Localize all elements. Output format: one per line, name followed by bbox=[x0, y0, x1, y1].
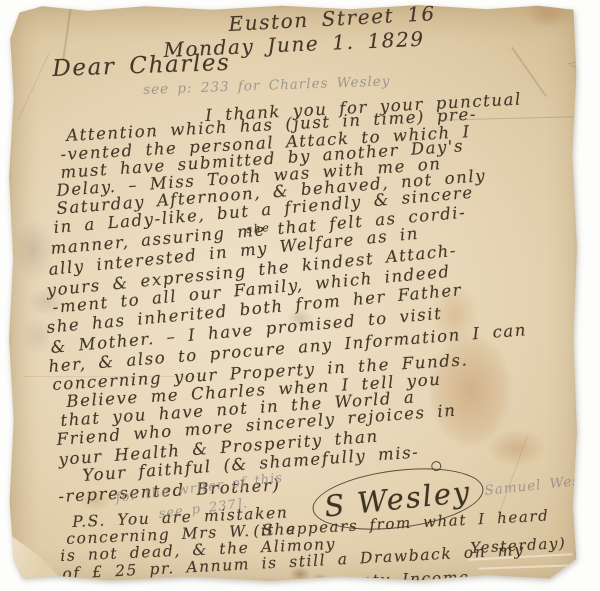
salutation: Dear Charles bbox=[52, 52, 231, 81]
letter-scan: Euston Street 16 Monday June 1. 1829 Dea… bbox=[8, 4, 578, 584]
flourish-dot bbox=[431, 461, 442, 472]
folded-corner bbox=[8, 524, 64, 582]
postscript-line: scanty Income. bbox=[330, 570, 477, 591]
letter-paper: Euston Street 16 Monday June 1. 1829 Dea… bbox=[8, 4, 578, 582]
inserted-word: she bbox=[246, 222, 271, 235]
tape-fragment bbox=[573, 113, 587, 124]
paper-ridge bbox=[478, 564, 573, 569]
margin-pencil-mark bbox=[570, 65, 580, 68]
fold-crease bbox=[17, 52, 50, 120]
fold-crease bbox=[62, 6, 71, 61]
margin-pencil-mark bbox=[568, 61, 580, 65]
pencil-note-top: see p: 233 for Charles Wesley bbox=[143, 75, 391, 97]
pencil-attribution: Samuel Wesley bbox=[484, 473, 600, 499]
fold-crease bbox=[499, 436, 527, 512]
